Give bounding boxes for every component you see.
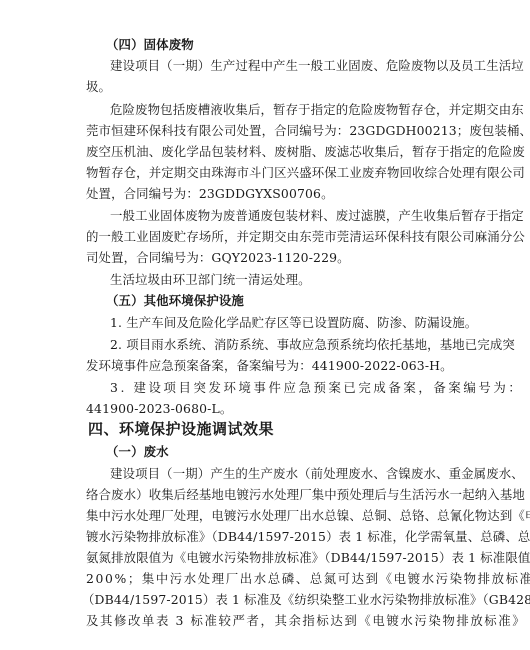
paragraph-line: 氨氮排放限值为《电镀水污染物排放标准》（DB44/1597-2015）表 1 标… [86, 547, 462, 568]
paragraph-line: 一般工业固体废物为废普通废包装材料、废过滤膜，产生收集后暂存于指定 [110, 205, 462, 226]
paragraph-line: 镀水污染物排放标准》（DB44/1597-2015）表 1 标准，化学需氧量、总… [86, 526, 462, 547]
list-item: 1. 生产车间及危险化学品贮存区等已设置防腐、防渗、防漏设施。 [110, 312, 462, 333]
paragraph-line: 处置，合同编号为：23GDDGYXS00706。 [86, 183, 462, 204]
paragraph-line: 司处置，合同编号为：GQY2023-1120-229。 [86, 247, 462, 268]
heading-solid-waste: （四）固体废物 [106, 34, 482, 55]
heading-other-measures: （五）其他环境保护设施 [106, 290, 482, 311]
paragraph-line: 的一般工业固废贮存场所，并定期交由东莞市莞清运环保科技有限公司麻涌分公 [86, 226, 462, 247]
paragraph-line: 建设项目（一期）产生的生产废水（前处理废水、含镍废水、重金属废水、 [110, 463, 462, 484]
list-item-continuation: 发环境事件应急预案备案，备案编号为：441900-2022-063-H。 [86, 355, 462, 376]
paragraph-line: 及其修改单表 3 标准较严者，其余指标达到《电镀水污染物排放标准》 [86, 610, 462, 631]
paragraph-line: 废空压机油、废化学品包装材料、废树脂、废滤芯收集后，暂存于指定的危险废 [86, 141, 462, 162]
chapter-heading: 四、环境保护设施调试效果 [88, 419, 464, 440]
document-page: （四）固体废物 建设项目（一期）生产过程中产生一般工业固废、危险废物以及员工生活… [0, 0, 530, 650]
paragraph-line: 生活垃圾由环卫部门统一清运处理。 [110, 269, 462, 290]
paragraph-line: 建设项目（一期）生产过程中产生一般工业固废、危险废物以及员工生活垃 [110, 55, 462, 76]
paragraph-line: （DB44/1597-2015）表 1 标准及《纺织染整工业水污染物排放标准》（… [82, 589, 458, 610]
paragraph-line: 危险废物包括废槽液收集后，暂存于指定的危险废物暂存仓，并定期交由东 [110, 99, 462, 120]
paragraph-line: 200%；集中污水处理厂出水总磷、总氮可达到《电镀水污染物排放标准》 [86, 568, 462, 589]
list-item-continuation: 441900-2023-0680-L。 [86, 398, 462, 419]
paragraph-line: 莞市恒建环保科技有限公司处置，合同编号为：23GDGDH00213；废包装桶、 [86, 120, 462, 141]
paragraph-line: 物暂存仓，并定期交由珠海市斗门区兴盛环保工业废弃物回收综合处理有限公司 [86, 162, 462, 183]
paragraph-line: 络合废水）收集后经基地电镀污水处理厂集中预处理后与生活污水一起纳入基地 [86, 484, 462, 505]
paragraph-line: 圾。 [86, 76, 462, 97]
heading-wastewater: （一）废水 [106, 441, 482, 462]
list-item: 3. 建设项目突发环境事件应急预案已完成备案，备案编号为： [110, 377, 462, 398]
paragraph-line: 集中污水处理厂处理，电镀污水处理厂出水总镍、总铜、总铬、总氰化物达到《电 [86, 505, 462, 526]
list-item: 2. 项目雨水系统、消防系统、事故应急预系统均依托基地，基地已完成突 [110, 334, 462, 355]
